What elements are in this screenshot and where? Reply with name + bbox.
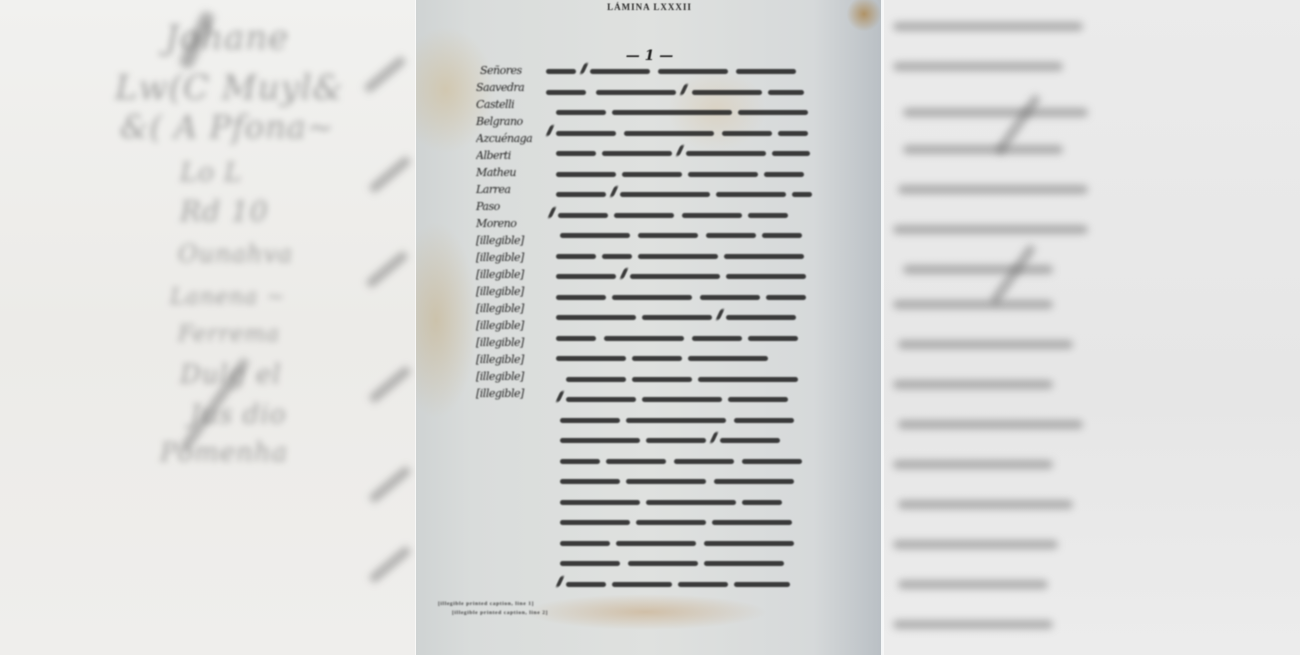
margin-name: [illegible] (476, 317, 550, 334)
margin-name: [illegible] (476, 283, 550, 300)
margin-name: Matheu (476, 164, 550, 181)
handwriting-line (546, 431, 816, 452)
blurred-script: Lw(C Muyl& (115, 68, 344, 108)
blurred-stroke (893, 22, 1083, 31)
blurred-stroke (903, 265, 1053, 274)
handwritten-body (546, 62, 816, 595)
margin-name: [illegible] (476, 385, 550, 402)
blurred-stroke (368, 545, 412, 584)
handwriting-line (546, 554, 816, 575)
blurred-stroke (903, 108, 1088, 117)
margin-name: Azcuénaga (476, 130, 550, 147)
handwriting-line (546, 185, 816, 206)
handwriting-line (546, 226, 816, 247)
margin-name: [illegible] (476, 368, 550, 385)
margin-name: [illegible] (476, 249, 550, 266)
page-edge (881, 0, 883, 655)
blurred-script: &( A Pfona~ (120, 108, 335, 146)
blurred-stroke (893, 300, 1053, 309)
handwriting-line (546, 329, 816, 350)
manuscript-page: LÁMINA LXXXII — 1 — Señores Saavedra Cas… (416, 0, 883, 655)
margin-name: [illegible] (476, 232, 550, 249)
plate-caption: [illegible printed caption, line 1] [ill… (438, 600, 868, 618)
margin-name: [illegible] (476, 266, 550, 283)
handwriting-line (546, 472, 816, 493)
margin-name: Saavedra (476, 79, 550, 96)
plate-title: LÁMINA LXXXII (416, 2, 883, 12)
margin-name: [illegible] (476, 334, 550, 351)
handwriting-line (546, 452, 816, 473)
handwriting-line (546, 165, 816, 186)
blurred-stroke (368, 465, 412, 504)
margin-names-column: Señores Saavedra Castelli Belgrano Azcué… (476, 62, 550, 402)
handwriting-line (546, 308, 816, 329)
margin-name: Castelli (476, 96, 550, 113)
blurred-stroke (898, 340, 1073, 349)
handwriting-line (546, 370, 816, 391)
blurred-script: Ferrema (178, 322, 280, 347)
blurred-stroke (893, 620, 1053, 629)
blurred-script: Pomenha (160, 438, 288, 468)
blurred-stroke (893, 460, 1053, 469)
handwriting-line (546, 390, 816, 411)
blurred-script: Lo L (180, 158, 242, 188)
handwriting-line (546, 62, 816, 83)
margin-name: Paso (476, 198, 550, 215)
margin-name: [illegible] (476, 300, 550, 317)
blurred-background-left: Johane Lw(C Muyl& &( A Pfona~ Lo L Rd 10… (0, 0, 416, 655)
blurred-stroke (898, 185, 1088, 194)
blurred-script: Ounahva (178, 240, 293, 268)
blurred-stroke (893, 540, 1058, 549)
margin-name: Señores (476, 62, 550, 79)
handwriting-line (546, 411, 816, 432)
margin-name: Alberti (476, 147, 550, 164)
handwriting-line (546, 534, 816, 555)
blurred-stroke (363, 55, 407, 94)
margin-name: Larrea (476, 181, 550, 198)
blurred-stroke (989, 243, 1037, 306)
blurred-script: Rd 10 (180, 195, 269, 228)
handwriting-line (546, 513, 816, 534)
handwriting-line (546, 349, 816, 370)
blurred-stroke (365, 250, 409, 289)
blurred-stroke (903, 145, 1063, 154)
handwriting-line (546, 206, 816, 227)
handwriting-line (546, 493, 816, 514)
blurred-script: Lanena ~ (170, 285, 286, 310)
blurred-background-right (883, 0, 1300, 655)
blurred-stroke (893, 225, 1088, 234)
margin-name: [illegible] (476, 351, 550, 368)
blurred-stroke (368, 365, 412, 404)
handwriting-line (546, 575, 816, 596)
blurred-stroke (893, 62, 1063, 71)
handwriting-line (546, 103, 816, 124)
blurred-stroke (898, 420, 1083, 429)
blurred-stroke (898, 580, 1048, 589)
caption-line-2: [illegible printed caption, line 2] (438, 609, 868, 618)
handwriting-line (546, 267, 816, 288)
handwriting-line (546, 83, 816, 104)
blurred-stroke (893, 380, 1053, 389)
handwriting-line (546, 247, 816, 268)
caption-line-1: [illegible printed caption, line 1] (438, 600, 868, 609)
blurred-stroke (368, 155, 412, 194)
handwriting-line (546, 124, 816, 145)
handwriting-line (546, 144, 816, 165)
handwriting-line (546, 288, 816, 309)
blurred-stroke (898, 500, 1073, 509)
margin-name: Moreno (476, 215, 550, 232)
margin-name: Belgrano (476, 113, 550, 130)
